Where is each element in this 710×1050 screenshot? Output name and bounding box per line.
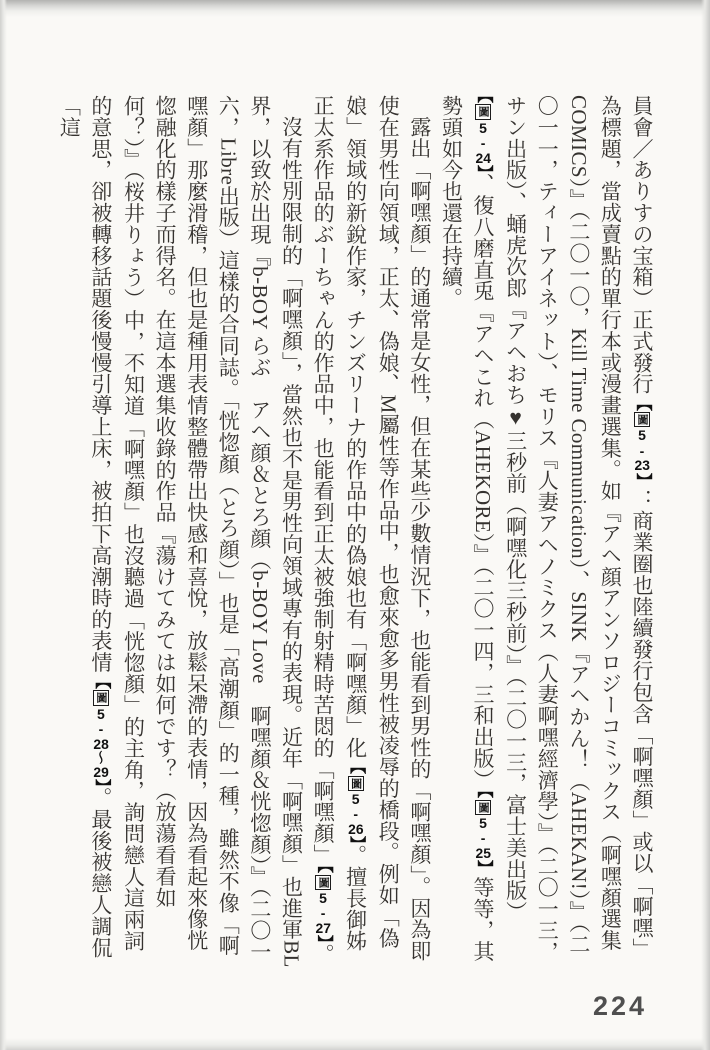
figure-bracket-open: 【 [348, 758, 365, 774]
figure-reference: 【圖5-27】 [311, 865, 335, 943]
figure-bracket-close: 】 [93, 779, 110, 787]
figure-bracket-open: 【 [93, 673, 110, 689]
page-number: 224 [593, 991, 647, 1022]
figure-reference: 【圖5-23】 [630, 395, 654, 489]
paragraph: 沒有性別限制的「啊嘿顏」，當然也不是男性向領域專有的表現。近年「啊嘿顏」也進軍B… [53, 95, 307, 968]
figure-number: 5-23 [634, 428, 650, 472]
figure-icon: 圖 [93, 690, 109, 705]
figure-bracket-open: 【 [475, 95, 492, 103]
figure-bracket-close: 】 [315, 935, 332, 943]
book-page: 員會／ありすの宝箱）正式發行【圖5-23】：商業圈也陸續發行包含「啊嘿顏」或以「… [0, 0, 710, 1050]
scan-edge-right [701, 0, 710, 1050]
scan-edge-top [0, 0, 710, 18]
figure-number: 5-27 [315, 891, 331, 935]
figure-icon: 圖 [315, 875, 331, 890]
figure-bracket-open: 【 [315, 865, 332, 873]
article-body: 員會／ありすの宝箱）正式發行【圖5-23】：商業圈也陸續發行包含「啊嘿顏」或以「… [62, 95, 658, 968]
figure-bracket-close: 】 [348, 836, 365, 844]
figure-bracket-close: 】 [634, 472, 651, 488]
figure-number: 5-26 [348, 792, 364, 836]
figure-bracket-close: 】 [475, 860, 492, 876]
figure-reference: 【圖5-24】 [471, 95, 495, 173]
figure-reference: 【圖5-26】 [344, 758, 368, 844]
figure-icon: 圖 [475, 104, 491, 119]
scan-edge-bottom [0, 1038, 710, 1050]
paragraph: 員會／ありすの宝箱）正式發行【圖5-23】：商業圈也陸續發行包含「啊嘿顏」或以「… [435, 95, 658, 968]
figure-reference: 【圖5-28～29】 [89, 673, 113, 787]
figure-number: 5-24 [475, 121, 491, 165]
figure-number: 5-28～29 [93, 707, 109, 779]
scan-edge-left [0, 0, 7, 1050]
figure-bracket-close: 】 [475, 165, 492, 173]
paragraph: 露出「啊嘿顏」的通常是女性，但在某些少數情況下，也能看到男性的「啊嘿顏」。因為即… [306, 95, 434, 968]
figure-number: 5-25 [475, 816, 491, 860]
figure-bracket-open: 【 [634, 395, 651, 411]
figure-bracket-open: 【 [475, 790, 492, 798]
figure-icon: 圖 [348, 776, 364, 791]
figure-reference: 【圖5-25】 [471, 790, 495, 876]
figure-icon: 圖 [475, 800, 491, 815]
figure-icon: 圖 [634, 412, 650, 427]
